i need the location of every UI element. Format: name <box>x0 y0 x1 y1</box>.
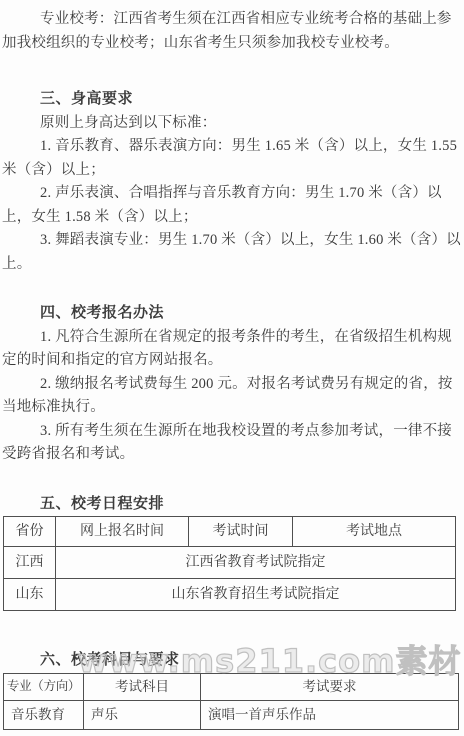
schedule-header-exam-time: 考试时间 <box>189 517 293 547</box>
subjects-cell-major: 音乐教育 <box>4 700 84 729</box>
subjects-row-music-education: 音乐教育 声乐 演唱一首声乐作品 <box>4 700 459 729</box>
registration-item-3: 3. 所有考生须在生源所在地我校设置的考点参加考试，一律不接受跨省报名和考试。 <box>2 420 462 467</box>
height-item-2: 2. 声乐表演、合唱指挥与音乐教育方向：男生 1.70 米（含）以上，女生 1.… <box>2 182 462 229</box>
schedule-header-province: 省份 <box>4 517 56 547</box>
subjects-cell-subject: 声乐 <box>84 700 201 729</box>
schedule-cell-province-jiangxi: 江西 <box>4 547 56 579</box>
subjects-header-exam-subject: 考试科目 <box>84 673 201 700</box>
registration-item-2: 2. 缴纳报名考试费每生 200 元。对报名考试费另有规定的省，按当地标准执行。 <box>2 373 462 420</box>
subjects-header-exam-requirement: 考试要求 <box>201 673 459 700</box>
subjects-header-major: 专业（方向） <box>4 673 84 700</box>
schedule-row-jiangxi: 江西 江西省教育考试院指定 <box>4 547 456 579</box>
schedule-row-shandong: 山东 山东省教育招生考试院指定 <box>4 579 456 611</box>
schedule-cell-province-shandong: 山东 <box>4 579 56 611</box>
schedule-header-online-signup-time: 网上报名时间 <box>56 517 189 547</box>
schedule-table-header-row: 省份 网上报名时间 考试时间 考试地点 <box>4 517 456 547</box>
schedule-cell-note-shandong: 山东省教育招生考试院指定 <box>56 579 456 611</box>
subjects-table: 专业（方向） 考试科目 考试要求 音乐教育 声乐 演唱一首声乐作品 <box>3 673 459 730</box>
section-title-height-requirements: 三、身高要求 <box>2 88 462 112</box>
intro-paragraph: 专业校考：江西省考生须在江西省相应专业统考合格的基础上参加我校组织的专业校考；山… <box>2 8 462 55</box>
registration-item-1: 1. 凡符合生源所在省规定的报考条件的考生，在省级招生机构规定的时间和指定的官方… <box>2 326 462 373</box>
subjects-table-header-row: 专业（方向） 考试科目 考试要求 <box>4 673 459 700</box>
subjects-cell-requirement: 演唱一首声乐作品 <box>201 700 459 729</box>
section-title-schedule: 五、校考日程安排 <box>2 493 462 517</box>
schedule-cell-note-jiangxi: 江西省教育考试院指定 <box>56 547 456 579</box>
height-item-1: 1. 音乐教育、器乐表演方向：男生 1.65 米（含）以上，女生 1.55 米（… <box>2 135 462 182</box>
schedule-header-exam-location: 考试地点 <box>293 517 456 547</box>
height-lead-text: 原则上身高达到以下标准： <box>2 112 462 136</box>
height-item-3: 3. 舞蹈表演专业：男生 1.70 米（含）以上，女生 1.60 米（含）以上。 <box>2 229 462 276</box>
schedule-table: 省份 网上报名时间 考试时间 考试地点 江西 江西省教育考试院指定 山东 山东省… <box>3 516 456 611</box>
section-title-registration: 四、校考报名办法 <box>2 302 462 326</box>
document-page: 专业校考：江西省考生须在江西省相应专业统考合格的基础上参加我校组织的专业校考；山… <box>0 0 464 736</box>
section-title-exam-subjects: 六、校考科目与要求 <box>2 649 462 673</box>
